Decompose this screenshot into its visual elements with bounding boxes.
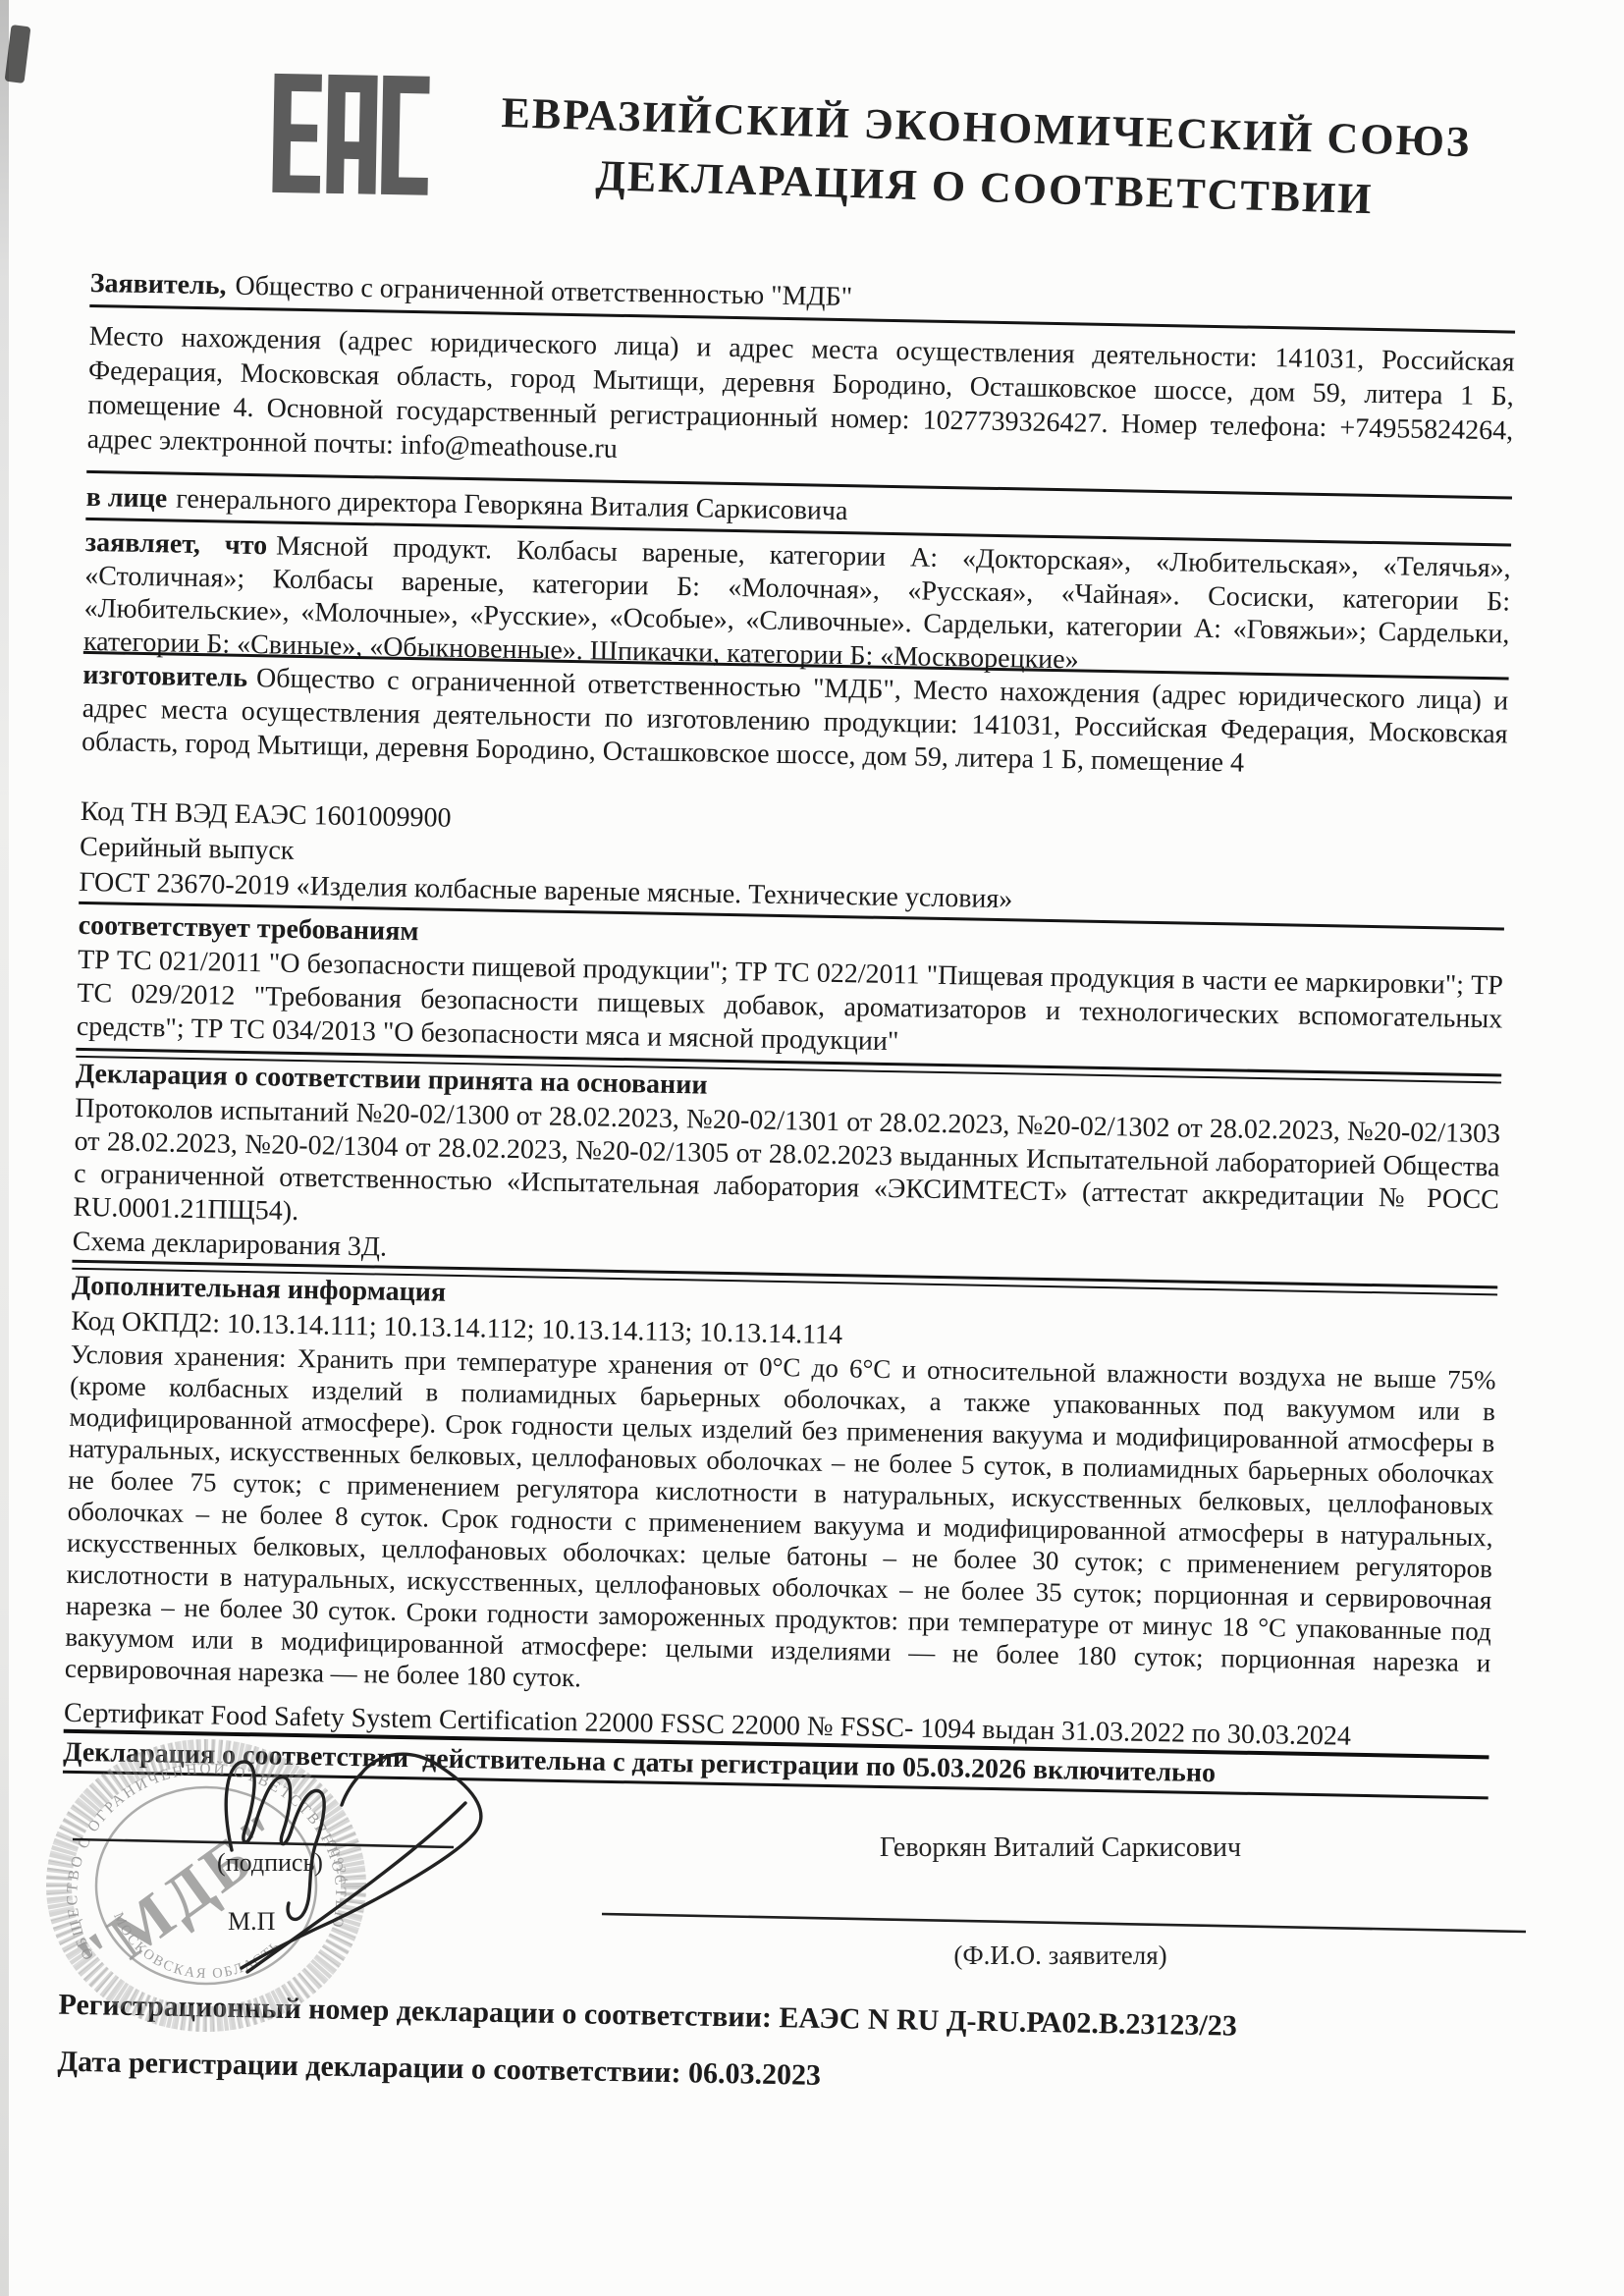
eac-logo-icon — [271, 65, 431, 208]
applicant-label: Заявитель, — [89, 268, 226, 301]
scan-edge-artifact — [0, 0, 9, 2296]
registration-date-value: 06.03.2023 — [688, 2056, 822, 2091]
document-header: ЕВРАЗИЙСКИЙ ЭКОНОМИЧЕСКИЙ СОЮЗ ДЕКЛАРАЦИ… — [463, 86, 1507, 228]
storage-conditions: Условия хранения: Хранить при температур… — [65, 1339, 1496, 1711]
applicant-address: Место нахождения (адрес юридического лиц… — [86, 319, 1514, 483]
manufacturer-value: Общество с ограниченной ответственностью… — [81, 663, 1509, 778]
test-protocols: Протоколов испытаний №20-02/1300 от 28.0… — [73, 1092, 1500, 1250]
manufacturer-label: изготовитель — [82, 660, 247, 693]
applicant-value: Общество с ограниченной ответственностью… — [235, 271, 852, 313]
declaration-scan-page: ЕВРАЗИЙСКИЙ ЭКОНОМИЧЕСКИЙ СОЮЗ ДЕКЛАРАЦИ… — [0, 0, 1624, 2296]
product-declaration: заявляет, чтоМясной продукт. Колбасы вар… — [83, 526, 1511, 684]
declares-label: заявляет, что — [85, 527, 268, 561]
registration-number-value: ЕАЭС N RU Д-RU.РА02.В.23123/23 — [779, 2001, 1237, 2043]
registration-date-row: Дата регистрации декларации о соответств… — [57, 2044, 1483, 2107]
declares-value: Мясной продукт. Колбасы вареные, категор… — [83, 530, 1511, 674]
registration-number-label: Регистрационный номер декларации о соотв… — [58, 1989, 772, 2034]
registration-date-label: Дата регистрации декларации о соответств… — [57, 2046, 681, 2090]
document-body: ЕВРАЗИЙСКИЙ ЭКОНОМИЧЕСКИЙ СОЮЗ ДЕКЛАРАЦИ… — [54, 54, 1520, 2279]
registration-number-row: Регистрационный номер декларации о соотв… — [58, 1987, 1484, 2050]
represented-label: в лице — [85, 482, 167, 515]
validity-label: Декларация о соответствии — [63, 1737, 408, 1774]
